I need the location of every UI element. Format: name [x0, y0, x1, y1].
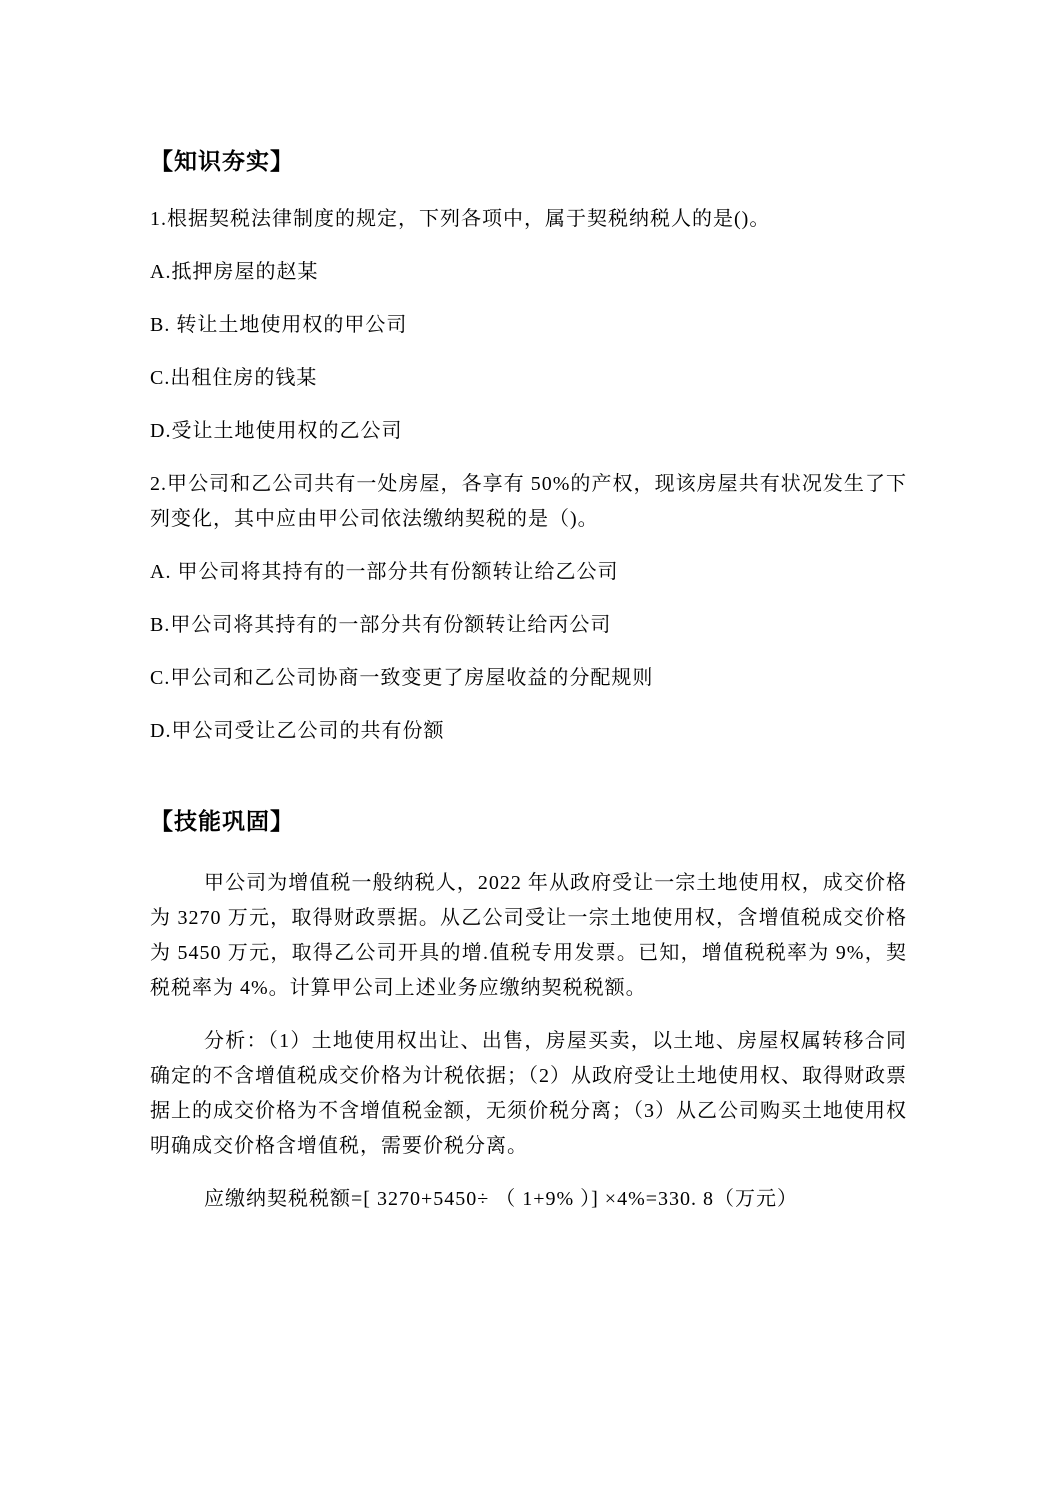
question-1-option-c: C.出租住房的钱某	[150, 361, 907, 396]
section-heading-skill: 【技能巩固】	[150, 806, 907, 836]
question-2-option-a: A. 甲公司将其持有的一部分共有份额转让给乙公司	[150, 555, 907, 590]
question-1-stem: 1.根据契税法律制度的规定，下列各项中，属于契税纳税人的是()。	[150, 202, 907, 237]
section-skill: 【技能巩固】 甲公司为增值税一般纳税人，2022 年从政府受让一宗土地使用权，成…	[150, 806, 907, 1217]
question-2-option-c: C.甲公司和乙公司协商一致变更了房屋收益的分配规则	[150, 661, 907, 696]
question-2-option-d: D.甲公司受让乙公司的共有份额	[150, 714, 907, 749]
skill-formula-line: 应缴纳契税税额=[ 3270+5450÷ （ 1+9% ）] ×4%=330. …	[150, 1182, 907, 1217]
section-knowledge: 【知识夯实】 1.根据契税法律制度的规定，下列各项中，属于契税纳税人的是()。 …	[150, 146, 907, 749]
question-1-option-d: D.受让土地使用权的乙公司	[150, 414, 907, 449]
question-2-stem: 2.甲公司和乙公司共有一处房屋，各享有 50%的产权，现该房屋共有状况发生了下列…	[150, 467, 907, 537]
question-1-option-b: B. 转让土地使用权的甲公司	[150, 308, 907, 343]
skill-analysis-paragraph: 分析：（1）土地使用权出让、出售，房屋买卖，以土地、房屋权属转移合同确定的不含增…	[150, 1024, 907, 1164]
question-2-option-b: B.甲公司将其持有的一部分共有份额转让给丙公司	[150, 608, 907, 643]
section-heading-knowledge: 【知识夯实】	[150, 146, 907, 176]
question-1-option-a: A.抵押房屋的赵某	[150, 255, 907, 290]
document-page: 【知识夯实】 1.根据契税法律制度的规定，下列各项中，属于契税纳税人的是()。 …	[0, 0, 1059, 1497]
skill-problem-paragraph: 甲公司为增值税一般纳税人，2022 年从政府受让一宗土地使用权，成交价格为 32…	[150, 866, 907, 1006]
